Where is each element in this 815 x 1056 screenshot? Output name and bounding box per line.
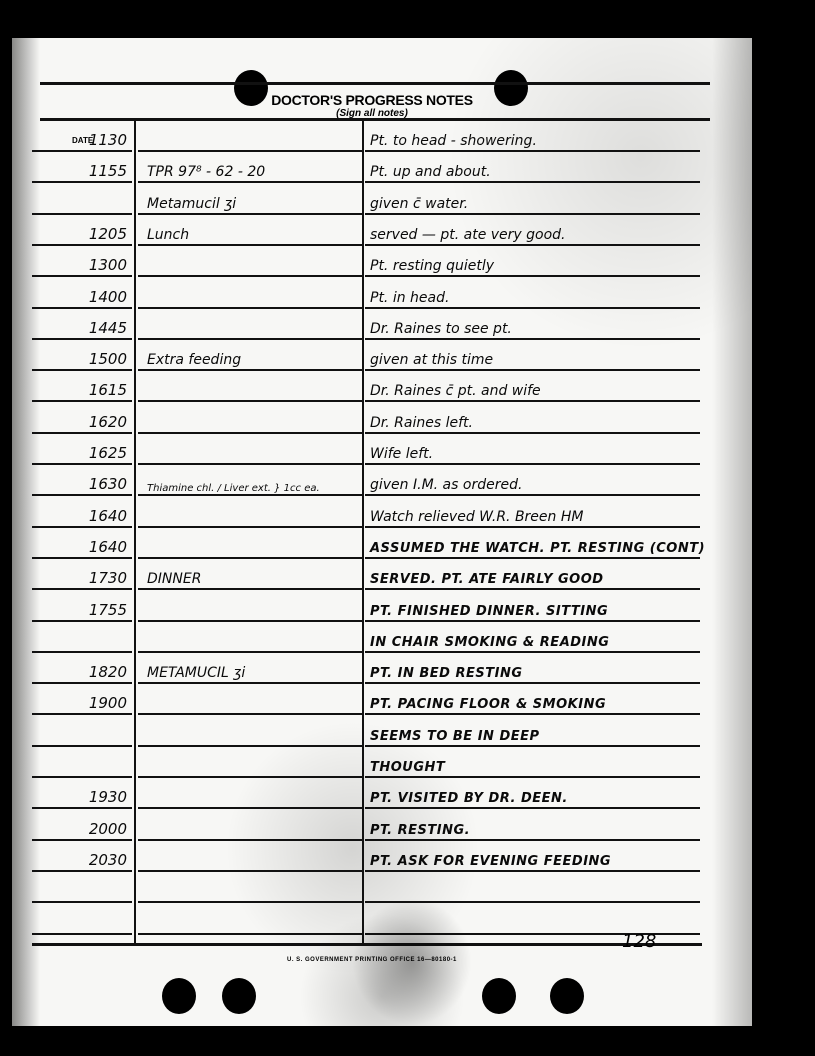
entry-time: 1205 xyxy=(52,225,127,243)
entry-note: PT. FINISHED DINNER. SITTING xyxy=(370,604,608,619)
entry-note: Pt. up and about. xyxy=(370,164,491,180)
entry-time: 1155 xyxy=(52,162,127,180)
row-rule xyxy=(138,933,362,935)
table-row: 1930 PT. VISITED BY DR. DEEN. xyxy=(12,778,712,809)
binder-hole-bottom-1 xyxy=(162,978,196,1014)
table-row: 1500 Extra feeding given at this time xyxy=(12,340,712,371)
entry-note: given I.M. as ordered. xyxy=(370,477,522,493)
entry-time: 1625 xyxy=(52,444,127,462)
entry-note: ASSUMED THE WATCH. PT. RESTING (CONT) xyxy=(370,541,705,556)
entry-note: Pt. resting quietly xyxy=(370,258,494,274)
entry-time: 1615 xyxy=(52,381,127,399)
entry-order: Metamucil ʒi xyxy=(147,196,236,212)
entry-note: Pt. in head. xyxy=(370,290,449,306)
table-row: SEEMS TO BE IN DEEP xyxy=(12,716,712,747)
entry-note: Dr. Raines left. xyxy=(370,415,473,431)
table-row: 1620 Dr. Raines left. xyxy=(12,403,712,434)
entry-note: PT. IN BED RESTING xyxy=(370,666,523,681)
entry-note: PT. VISITED BY DR. DEEN. xyxy=(370,791,568,806)
table-row: THOUGHT xyxy=(12,747,712,778)
entry-time: 1640 xyxy=(52,538,127,556)
entry-order: Thiamine chl. / Liver ext. } 1cc ea. xyxy=(147,483,320,494)
table-row: 1640 ASSUMED THE WATCH. PT. RESTING (CON… xyxy=(12,528,712,559)
entry-order: Extra feeding xyxy=(147,352,241,368)
entry-time: 2030 xyxy=(52,851,127,869)
entry-time: 1755 xyxy=(52,601,127,619)
table-row: 1630 Thiamine chl. / Liver ext. } 1cc ea… xyxy=(12,465,712,496)
header-top-rule xyxy=(40,82,710,85)
table-row: 1755 PT. FINISHED DINNER. SITTING xyxy=(12,591,712,622)
table-row: 1155 TPR 97⁸ - 62 - 20 Pt. up and about. xyxy=(12,152,712,183)
entry-note: THOUGHT xyxy=(370,760,445,775)
binder-hole-top-right xyxy=(494,70,528,106)
entry-time: 1620 xyxy=(52,413,127,431)
table-row: IN CHAIR SMOKING & READING xyxy=(12,622,712,653)
entry-note: SERVED. PT. ATE FAIRLY GOOD xyxy=(370,572,604,587)
table-row: 1820 METAMUCIL ʒi PT. IN BED RESTING xyxy=(12,653,712,684)
entry-time: 2000 xyxy=(52,820,127,838)
entry-time: 1500 xyxy=(52,350,127,368)
entry-note: Pt. to head - showering. xyxy=(370,133,537,149)
entry-time: 1640 xyxy=(52,507,127,525)
entry-order: METAMUCIL ʒi xyxy=(147,665,245,681)
form-title: DOCTOR'S PROGRESS NOTES xyxy=(252,92,492,108)
entry-note: IN CHAIR SMOKING & READING xyxy=(370,635,609,650)
binder-hole-bottom-3 xyxy=(482,978,516,1014)
entry-note: given c̄ water. xyxy=(370,196,468,212)
table-row: 1640 Watch relieved W.R. Breen HM xyxy=(12,497,712,528)
row-rule xyxy=(32,933,132,935)
scan-smudge xyxy=(352,898,472,1026)
entry-note: given at this time xyxy=(370,352,493,368)
table-row: 1730 DINNER SERVED. PT. ATE FAIRLY GOOD xyxy=(12,559,712,590)
entry-order: DINNER xyxy=(147,571,201,587)
entry-time: 1445 xyxy=(52,319,127,337)
entry-time: 1130 xyxy=(52,131,127,149)
entry-note: PT. ASK FOR EVENING FEEDING xyxy=(370,854,611,869)
table-row: 1615 Dr. Raines c̄ pt. and wife xyxy=(12,371,712,402)
entry-order: TPR 97⁸ - 62 - 20 xyxy=(147,164,265,180)
binder-hole-bottom-4 xyxy=(550,978,584,1014)
entry-note: PT. PACING FLOOR & SMOKING xyxy=(370,697,606,712)
table-row: 2030 PT. ASK FOR EVENING FEEDING xyxy=(12,841,712,872)
entry-time: 1820 xyxy=(52,663,127,681)
table-row: 1300 Pt. resting quietly xyxy=(12,246,712,277)
table-row: 1400 Pt. in head. xyxy=(12,278,712,309)
page-number: 128 xyxy=(622,931,656,952)
entry-note: served — pt. ate very good. xyxy=(370,227,566,243)
entry-order: Lunch xyxy=(147,227,189,243)
progress-notes-page: DOCTOR'S PROGRESS NOTES (Sign all notes)… xyxy=(12,38,752,1026)
entry-note: Wife left. xyxy=(370,446,433,462)
table-row: Metamucil ʒi given c̄ water. xyxy=(12,184,712,215)
entry-note: Watch relieved W.R. Breen HM xyxy=(370,509,583,525)
entry-note: SEEMS TO BE IN DEEP xyxy=(370,729,540,744)
entry-time: 1930 xyxy=(52,788,127,806)
entry-note: Dr. Raines to see pt. xyxy=(370,321,512,337)
table-row: 1900 PT. PACING FLOOR & SMOKING xyxy=(12,684,712,715)
entry-note: Dr. Raines c̄ pt. and wife xyxy=(370,383,541,399)
entry-time: 1400 xyxy=(52,288,127,306)
entry-time: 1730 xyxy=(52,569,127,587)
table-row: 1205 Lunch served — pt. ate very good. xyxy=(12,215,712,246)
entry-time: 1900 xyxy=(52,694,127,712)
table-row: 1130 Pt. to head - showering. xyxy=(12,121,712,152)
table-row: 1625 Wife left. xyxy=(12,434,712,465)
table-row: 2000 PT. RESTING. xyxy=(12,810,712,841)
binder-hole-bottom-2 xyxy=(222,978,256,1014)
table-row: 1445 Dr. Raines to see pt. xyxy=(12,309,712,340)
entry-time: 1630 xyxy=(52,475,127,493)
entry-time: 1300 xyxy=(52,256,127,274)
entry-note: PT. RESTING. xyxy=(370,823,470,838)
